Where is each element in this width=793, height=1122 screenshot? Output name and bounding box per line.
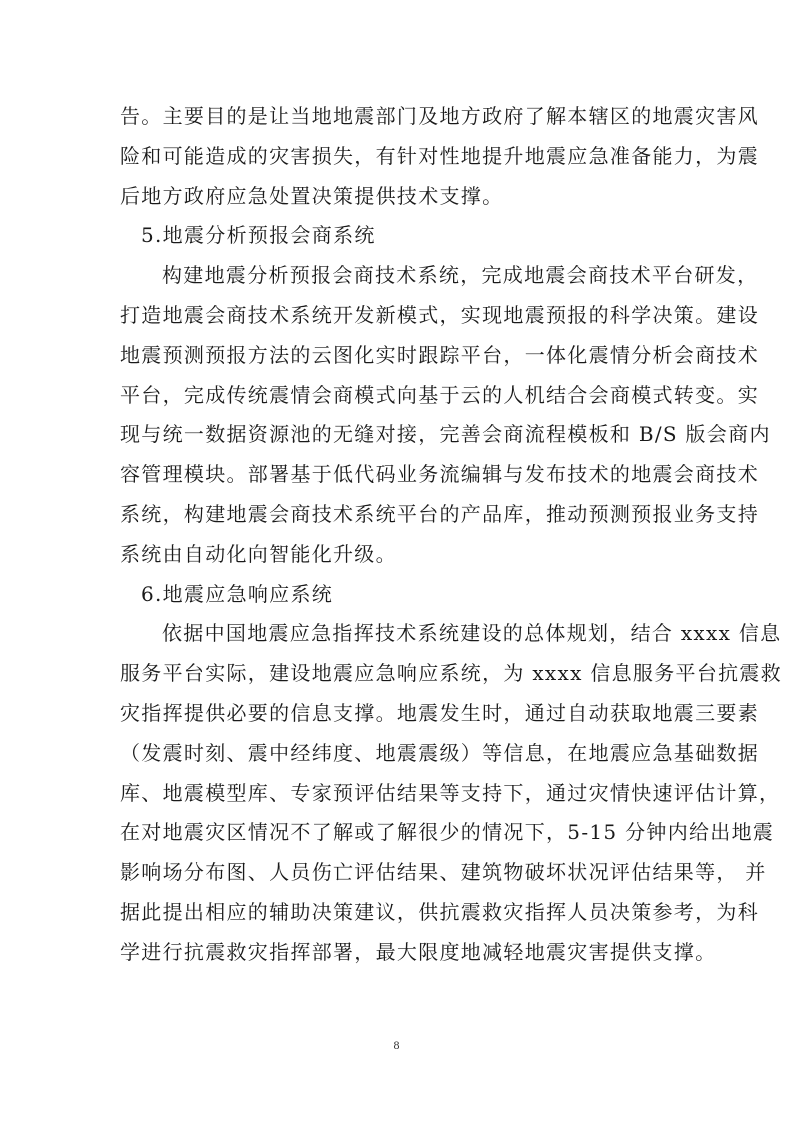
text-line: 依据中国地震应急指挥技术系统建设的总体规划，结合 xxxx 信息 (120, 614, 680, 654)
text-line: 据此提出相应的辅助决策建议，供抗震救灾指挥人员决策参考，为科 (120, 893, 680, 933)
text-line: 学进行抗震救灾指挥部署，最大限度地减轻地震灾害提供支撑。 (120, 933, 680, 973)
text-line: 后地方政府应急处置决策提供技术支撑。 (120, 177, 680, 217)
paragraph-continuation: 告。主要目的是让当地地震部门及地方政府了解本辖区的地震灾害风 险和可能造成的灾害… (120, 97, 680, 216)
text-line: 在对地震灾区情况不了解或了解很少的情况下，5-15 分钟内给出地震 (120, 813, 680, 853)
text-line: 平台，完成传统震情会商模式向基于云的人机结合会商模式转变。实 (120, 376, 680, 416)
heading-text: 6.地震应急响应系统 (120, 575, 680, 615)
text-line: 灾指挥提供必要的信息支撑。地震发生时，通过自动获取地震三要素 (120, 694, 680, 734)
text-line: 容管理模块。部署基于低代码业务流编辑与发布技术的地震会商技术 (120, 455, 680, 495)
text-line: 地震预测预报方法的云图化实时跟踪平台，一体化震情分析会商技术 (120, 336, 680, 376)
document-page: 告。主要目的是让当地地震部门及地方政府了解本辖区的地震灾害风 险和可能造成的灾害… (0, 0, 793, 1122)
paragraph-emergency-response: 依据中国地震应急指挥技术系统建设的总体规划，结合 xxxx 信息 服务平台实际，… (120, 614, 680, 972)
text-line: 险和可能造成的灾害损失，有针对性地提升地震应急准备能力，为震 (120, 137, 680, 177)
text-line: 系统，构建地震会商技术系统平台的产品库，推动预测预报业务支持 (120, 495, 680, 535)
text-line: 服务平台实际，建设地震应急响应系统，为 xxxx 信息服务平台抗震救 (120, 654, 680, 694)
text-line: 构建地震分析预报会商技术系统，完成地震会商技术平台研发， (120, 256, 680, 296)
text-line: （发震时刻、震中经纬度、地震震级）等信息，在地震应急基础数据 (120, 734, 680, 774)
text-line: 告。主要目的是让当地地震部门及地方政府了解本辖区的地震灾害风 (120, 97, 680, 137)
heading-text: 5.地震分析预报会商系统 (120, 216, 680, 256)
section-heading-6: 6.地震应急响应系统 (120, 575, 680, 615)
text-line: 库、地震模型库、专家预评估结果等支持下，通过灾情快速评估计算， (120, 774, 680, 814)
text-line: 系统由自动化向智能化升级。 (120, 535, 680, 575)
page-number: 8 (0, 1038, 793, 1053)
text-line: 现与统一数据资源池的无缝对接，完善会商流程模板和 B/S 版会商内 (120, 415, 680, 455)
section-heading-5: 5.地震分析预报会商系统 (120, 216, 680, 256)
body-text: 告。主要目的是让当地地震部门及地方政府了解本辖区的地震灾害风 险和可能造成的灾害… (120, 97, 680, 973)
text-line: 打造地震会商技术系统开发新模式，实现地震预报的科学决策。建设 (120, 296, 680, 336)
paragraph-forecast-consultation: 构建地震分析预报会商技术系统，完成地震会商技术平台研发， 打造地震会商技术系统开… (120, 256, 680, 574)
text-line: 影响场分布图、人员伤亡评估结果、建筑物破坏状况评估结果等， 并 (120, 853, 680, 893)
